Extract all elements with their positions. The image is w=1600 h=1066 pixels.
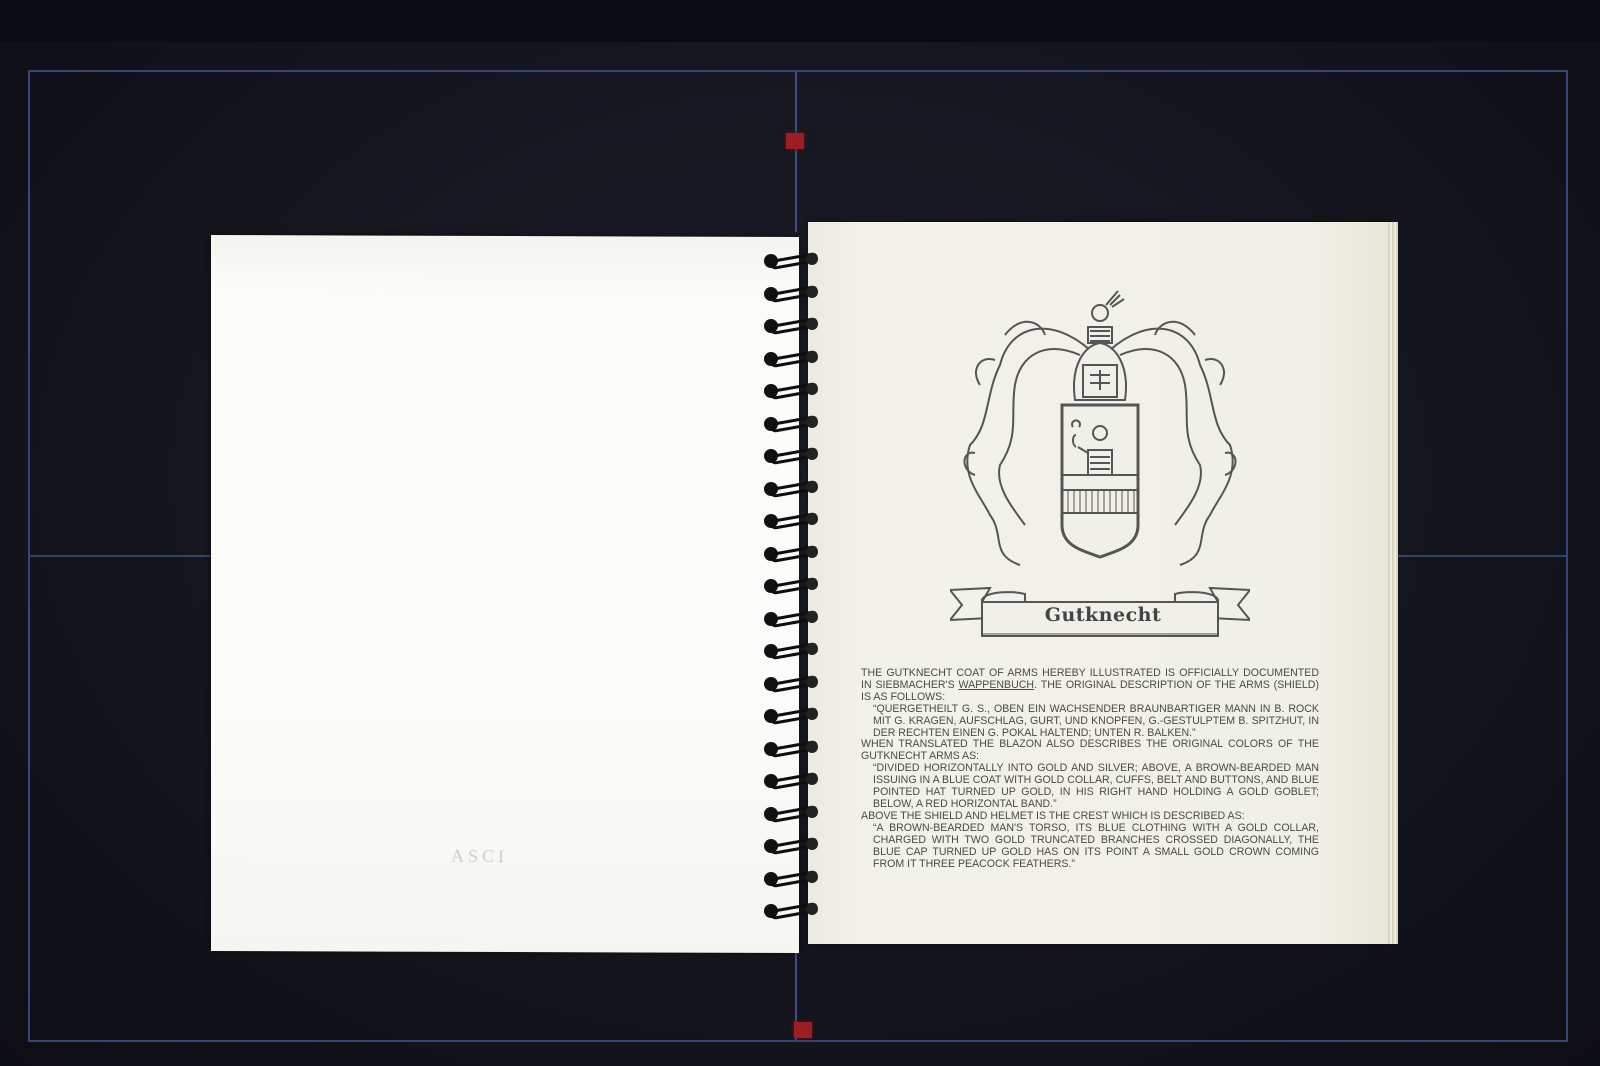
scanner-top-edge — [0, 0, 1600, 42]
coat-of-arms-description: THE GUTKNECHT COAT OF ARMS HEREBY ILLUST… — [861, 668, 1319, 870]
spiral-coil — [760, 510, 820, 532]
faint-show-through-text: ASCI — [451, 846, 508, 867]
spiral-coil — [760, 250, 820, 272]
spiral-binding — [760, 250, 820, 930]
spiral-coil — [760, 478, 820, 500]
spiral-coil — [760, 445, 820, 467]
english-blazon-quote: “DIVIDED HORIZONTALLY INTO GOLD AND SILV… — [861, 763, 1319, 811]
spiral-coil — [760, 348, 820, 370]
spiral-coil — [760, 705, 820, 727]
center-guide-top — [795, 72, 797, 232]
crest-description-quote: “A BROWN-BEARDED MAN'S TORSO, ITS BLUE C… — [861, 823, 1319, 871]
spiral-coil — [760, 803, 820, 825]
horizontal-guide-right — [1398, 555, 1566, 557]
spiral-coil — [760, 575, 820, 597]
wappenbuch-underlined: WAPPENBUCH — [959, 679, 1035, 691]
horizontal-guide-left — [30, 555, 212, 557]
spiral-coil — [760, 283, 820, 305]
family-name-banner-text: Gutknecht — [1008, 604, 1198, 626]
spiral-coil — [760, 868, 820, 890]
german-blazon-quote: “QUERGETHEILT G. S., OBEN EIN WACHSENDER… — [861, 704, 1319, 740]
coat-of-arms-icon — [950, 275, 1250, 575]
left-page-blank: ASCI — [211, 235, 799, 953]
spiral-coil — [760, 380, 820, 402]
page-stack-edge — [1388, 222, 1398, 944]
spiral-coil — [760, 900, 820, 922]
spiral-coil — [760, 315, 820, 337]
spiral-coil — [760, 738, 820, 760]
spiral-coil — [760, 770, 820, 792]
spiral-coil — [760, 608, 820, 630]
spiral-coil — [760, 835, 820, 857]
translation-intro: WHEN TRANSLATED THE BLAZON ALSO DESCRIBE… — [861, 739, 1319, 763]
spiral-coil — [760, 413, 820, 435]
spiral-coil — [760, 640, 820, 662]
intro-paragraph: THE GUTKNECHT COAT OF ARMS HEREBY ILLUST… — [861, 668, 1319, 704]
registration-marker-bottom — [794, 1022, 812, 1038]
crest-intro: ABOVE THE SHIELD AND HELMET IS THE CREST… — [861, 811, 1319, 823]
spiral-coil — [760, 673, 820, 695]
spiral-coil — [760, 543, 820, 565]
registration-marker-top — [786, 133, 804, 149]
